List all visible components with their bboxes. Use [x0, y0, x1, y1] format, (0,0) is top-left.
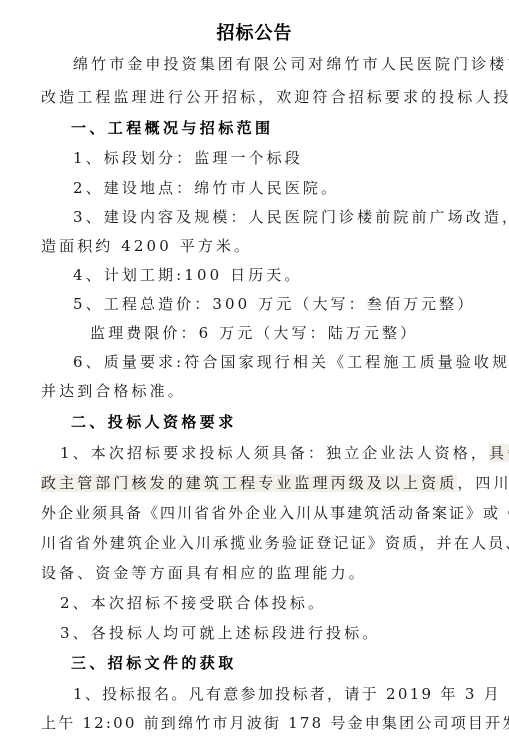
highlighted-text: 具备行	[489, 444, 509, 462]
section-1-item-3: 3、建设内容及规模：人民医院门诊楼前院前广场改造，改	[73, 207, 509, 227]
section-2-item-1: 1、本次招标要求投标人须具备：独立企业法人资格，具备行	[60, 443, 509, 463]
intro-line-1: 绵竹市金申投资集团有限公司对绵竹市人民医院门诊楼前	[73, 54, 509, 74]
section-1-item-1: 1、标段划分：监理一个标段	[73, 148, 303, 168]
section-1-item-6-cont: 并达到合格标准。	[41, 381, 186, 401]
section-1-heading: 一、工程概况与招标范围	[71, 118, 273, 138]
section-3-item-1: 1、投标报名。凡有意参加投标者，请于 2019 年 3 月 25 日	[73, 684, 509, 704]
section-1-item-3-cont: 造面积约 4200 平方米。	[41, 236, 252, 256]
section-1-item-6: 6、质量要求:符合国家现行相关《工程施工质量验收规范》	[73, 352, 509, 372]
section-3-item-1-cont: 上午 12:00 前到绵竹市月波街 178 号金申集团公司项目开发部，	[41, 713, 509, 733]
highlighted-text: 政主管部门核发的建筑工程专业监理丙级及以上资质	[41, 474, 457, 492]
section-1-item-2: 2、建设地点：绵竹市人民医院。	[73, 178, 339, 198]
section-2-item-1-cont-2: 外企业须具备《四川省省外企业入川从事建筑活动备案证》或《四	[41, 503, 509, 523]
document-title: 招标公告	[0, 19, 509, 45]
section-1-item-5: 5、工程总造价：300 万元（大写：叁佰万元整）	[73, 294, 475, 314]
section-2-item-3: 3、各投标人均可就上述标段进行投标。	[60, 623, 380, 643]
section-2-heading: 二、投标人资格要求	[71, 412, 237, 432]
section-2-item-1-cont-3: 川省省外建筑企业入川承揽业务验证登记证》资质，并在人员、	[41, 533, 509, 553]
section-2-item-1-text-tail: ，四川省省	[457, 474, 509, 492]
section-2-item-1-cont-1: 政主管部门核发的建筑工程专业监理丙级及以上资质，四川省省	[41, 473, 509, 493]
section-1-item-4: 4、计划工期:100 日历天。	[73, 265, 303, 285]
section-2-item-1-text: 1、本次招标要求投标人须具备：独立企业法人资格，	[60, 444, 489, 462]
section-2-item-2: 2、本次招标不接受联合体投标。	[60, 593, 326, 613]
section-3-heading: 三、招标文件的获取	[71, 653, 237, 673]
intro-line-2: 改造工程监理进行公开招标，欢迎符合招标要求的投标人投标。	[41, 87, 509, 107]
section-1-item-5-fee: 监理费限价：6 万元（大写：陆万元整）	[90, 323, 418, 343]
announcement-page: 招标公告 绵竹市金申投资集团有限公司对绵竹市人民医院门诊楼前 改造工程监理进行公…	[0, 0, 509, 740]
section-2-item-1-cont-4: 设备、资金等方面具有相应的监理能力。	[41, 563, 367, 583]
